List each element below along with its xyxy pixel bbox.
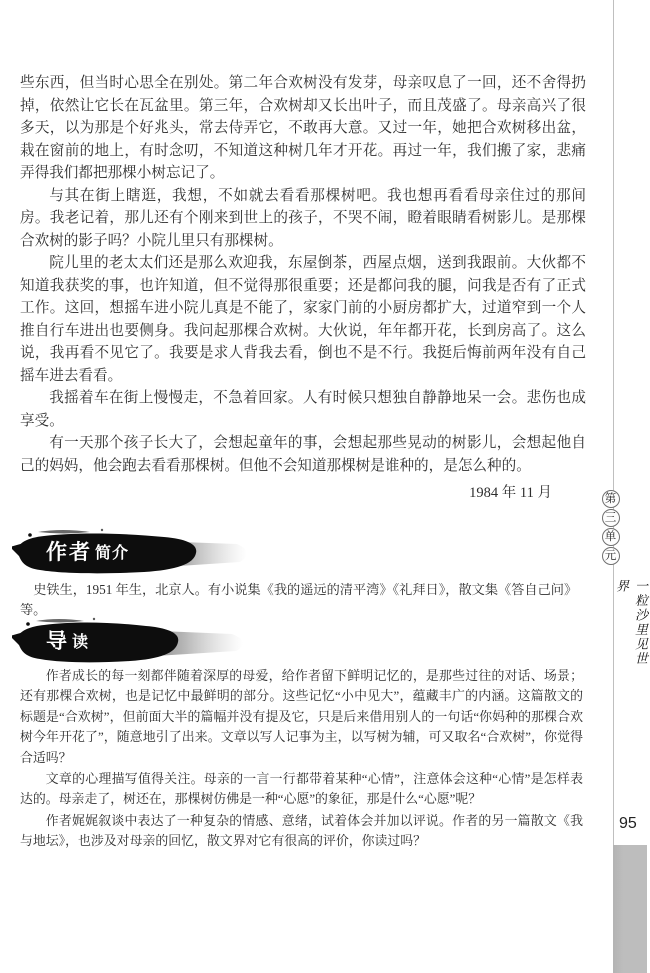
unit-badge-char: 第 [602, 490, 620, 508]
banner-title-main: 作者 [46, 540, 92, 564]
reading-guide-body: 作者成长的每一刻都伴随着深厚的母爱，给作者留下鲜明记忆的，是那些过往的对话、场景… [20, 666, 583, 853]
essay-paragraph: 院儿里的老太太们还是那么欢迎我，东屋倒茶，西屋点烟，送到我跟前。大伙都不知道我获… [20, 252, 586, 387]
essay-paragraph: 些东西，但当时心思全在别处。第二年合欢树没有发芽，母亲叹息了一回，还不舍得扔掉，… [20, 72, 586, 185]
guide-paragraph: 作者成长的每一刻都伴随着深厚的母爱，给作者留下鲜明记忆的，是那些过往的对话、场景… [20, 666, 583, 768]
banner-title-sub: 简介 [95, 545, 129, 562]
guide-paragraph: 文章的心理描写值得关注。母亲的一言一行都带着某种“心情”，注意体会这种“心情”是… [20, 769, 583, 810]
author-intro-text: 史铁生，1951 年生，北京人。有小说集《我的遥远的清平湾》《礼拜日》，散文集《… [20, 580, 586, 620]
unit-badge-char: 三 [602, 509, 620, 527]
essay-paragraph: 有一天那个孩子长大了，会想起童年的事，会想起那些晃动的树影儿，会想起他自己的妈妈… [20, 432, 586, 477]
author-intro-banner: 作者简介 [12, 528, 257, 582]
essay-paragraph: 与其在街上瞎逛，我想，不如就去看看那棵树吧。我也想再看看母亲住过的那间房。我老记… [20, 185, 586, 253]
margin-divider-line [613, 0, 614, 846]
page-corner-tab [613, 845, 647, 973]
reading-guide-banner-label: 导读 [46, 625, 206, 655]
unit-badge-char: 元 [602, 547, 620, 565]
author-intro-banner-label: 作者简介 [46, 536, 206, 566]
page-number: 95 [619, 815, 637, 833]
unit-badge-char: 单 [602, 528, 620, 546]
essay-body: 些东西，但当时心思全在别处。第二年合欢树没有发芽，母亲叹息了一回，还不舍得扔掉，… [20, 72, 586, 477]
banner-title-main: 导 [46, 629, 69, 653]
textbook-page: 些东西，但当时心思全在别处。第二年合欢树没有发芽，母亲叹息了一回，还不舍得扔掉，… [0, 0, 650, 973]
essay-date: 1984 年 11 月 [20, 481, 552, 502]
reading-guide-banner: 导读 [12, 617, 257, 671]
essay-paragraph: 我摇着车在街上慢慢走，不急着回家。人有时候只想独自静静地呆一会。悲伤也成享受。 [20, 387, 586, 432]
unit-badge: 第 三 单 元 [601, 490, 620, 566]
banner-title-sub: 读 [72, 634, 89, 651]
guide-paragraph: 作者娓娓叙谈中表达了一种复杂的情感、意绪，试着体会并加以评说。作者的另一篇散文《… [20, 811, 583, 852]
unit-theme-vertical-text: 一粒沙里见世界 [612, 579, 650, 669]
